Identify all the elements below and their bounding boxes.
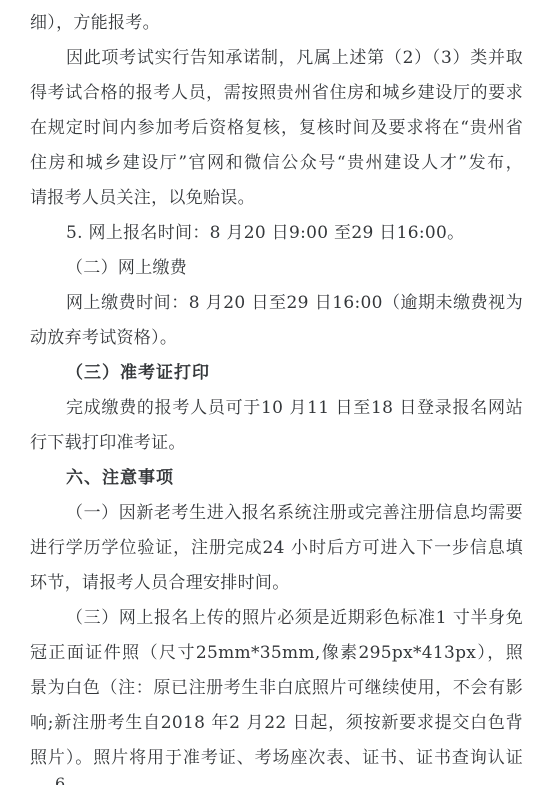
text-line: 景为白色（注：原已注册考生非白底照片可继续使用，不会有影 [30, 671, 523, 706]
heading-line: （三）准考证打印 [30, 356, 523, 391]
text-line: 因此项考试实行告知承诺制，凡属上述第（2）（3）类并取 [30, 41, 523, 76]
text-line: 网上缴费时间：8 月20 日至29 日16:00（逾期未缴费视为自 [30, 286, 523, 321]
text-line: 响;新注册考生自2018 年2 月22 日起，须按新要求提交白色背景 [30, 706, 523, 741]
text-line: 行下载打印准考证。 [30, 426, 523, 461]
page: 细），方能报考。因此项考试实行告知承诺制，凡属上述第（2）（3）类并取得考试合格… [0, 0, 552, 785]
text-line: （一）因新老考生进入报名系统注册或完善注册信息均需要 [30, 496, 523, 531]
heading-line: 六、注意事项 [30, 461, 523, 496]
page-number: 6 [55, 774, 65, 785]
text-line: 住房和城乡建设厅”官网和微信公众号“贵州建设人才”发布， [30, 146, 523, 181]
text-line: 细），方能报考。 [30, 6, 523, 41]
text-line: 在规定时间内参加考后资格复核，复核时间及要求将在“贵州省 [30, 111, 523, 146]
text-line: 照片）。照片将用于准考证、考场座次表、证书、证书查询认证 [30, 741, 523, 776]
text-line: 冠正面证件照（尺寸25mm*35mm,像素295px*413px），照片底色背 [30, 636, 523, 671]
text-line: 5. 网上报名时间：8 月20 日9:00 至29 日16:00。 [30, 216, 523, 251]
document-body: 细），方能报考。因此项考试实行告知承诺制，凡属上述第（2）（3）类并取得考试合格… [0, 0, 552, 776]
text-line: 得考试合格的报考人员，需按照贵州省住房和城乡建设厅的要求 [30, 76, 523, 111]
text-line: （二）网上缴费 [30, 251, 523, 286]
text-line: 完成缴费的报考人员可于10 月11 日至18 日登录报名网站自 [30, 391, 523, 426]
text-line: 动放弃考试资格）。 [30, 321, 523, 356]
text-line: 进行学历学位验证，注册完成24 小时后方可进入下一步信息填报 [30, 531, 523, 566]
text-line: 环节，请报考人员合理安排时间。 [30, 566, 523, 601]
text-line: （三）网上报名上传的照片必须是近期彩色标准1 寸半身免 [30, 601, 523, 636]
text-line: 请报考人员关注，以免贻误。 [30, 181, 523, 216]
